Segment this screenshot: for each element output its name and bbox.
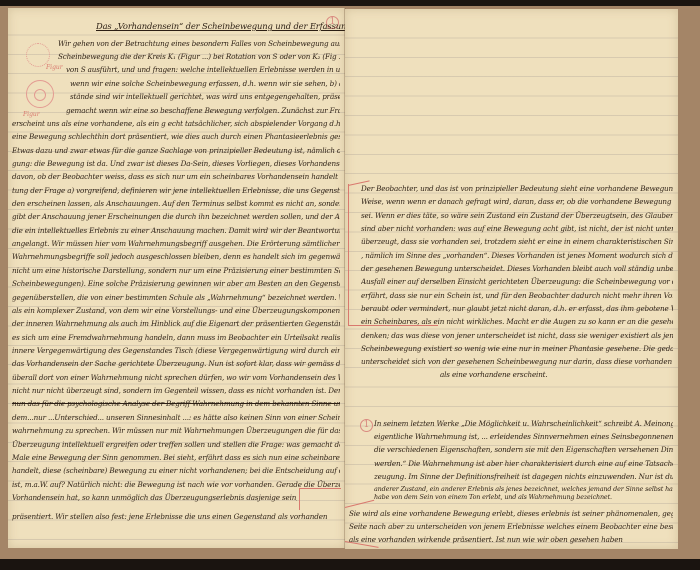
right-manuscript-page: Der Beobachter, und das ist von prinzipi… [345, 9, 678, 549]
manuscript-line: Überzeugung intellektuell ergreifen oder… [12, 440, 340, 450]
manuscript-line: Scheinbewegung existiert so wenig wie ei… [361, 344, 673, 354]
footnote-line: die verschiedenen Eigenschaften, sondern… [374, 445, 673, 455]
manuscript-line: ein Scheinbares, als ein nicht wirkliche… [361, 317, 673, 327]
manuscript-line: es sich um eine Fremdwahrnehmung handeln… [12, 333, 340, 343]
manuscript-line: sind aber nicht vorhanden: was auf eine … [361, 224, 673, 234]
footnote-line: In seinem letzten Werke „Die Möglichkeit… [374, 419, 673, 429]
manuscript-line: davon, ob der Beobachter weiss, dass es … [12, 172, 340, 182]
manuscript-line: beraubt oder vermindert, nur glaubt jetz… [361, 304, 673, 314]
footnote-line: habe von dem Sein von einem Ton erlebt, … [374, 493, 673, 501]
margin-note-figure-1: Figur [46, 64, 63, 71]
manuscript-line: stände sind wir intellektuell gerichtet,… [70, 92, 340, 102]
red-margin-box-top [299, 488, 341, 489]
manuscript-line: Vorhandensein hat, so kann unmöglich das… [12, 493, 297, 503]
manuscript-line: , nämlich im Sinne des „vorhanden“. Dies… [361, 251, 673, 261]
manuscript-line: tung der Frage a) vorgreifend, definiere… [12, 186, 340, 196]
margin-note-figure-2: Figur [23, 111, 40, 118]
manuscript-line: Etwas dazu und zwar etwas für die ganze … [12, 146, 340, 156]
manuscript-line: gemacht wenn wir eine so beschaffene Bew… [66, 106, 340, 116]
left-manuscript-page: 1 Figur Figur Das „Vorhandensein“ der Sc… [8, 8, 345, 548]
manuscript-line: dem...nur ...Unterschied... unseren Sinn… [12, 413, 340, 423]
manuscript-line: als ein komplexer Zustand, von dem wir e… [12, 306, 340, 316]
red-paragraph-mark-top [345, 500, 374, 508]
manuscript-line: Sie wird als eine vorhandene Bewegung er… [349, 509, 673, 519]
manuscript-line: handelt, diese (scheinbare) Bewegung zu … [12, 466, 340, 476]
manuscript-line: präsentiert. Wir stellen also fest: jene… [12, 512, 340, 522]
footnote-line: eigentliche Wahrnehmung ist, ... erleide… [374, 432, 673, 442]
red-margin-box-left [299, 488, 300, 510]
manuscript-line: überzeugt, dass sie vorhanden sei, trotz… [361, 237, 673, 247]
manuscript-line: der gesehenen Bewegung unterscheidet. Di… [361, 264, 673, 274]
manuscript-line: wahrnehmung zu sprechen. Wir müssen nur … [12, 426, 340, 436]
manuscript-line: der inneren Wahrnehmung als auch im Hinb… [12, 319, 340, 329]
manuscript-line: Scheinbewegung die der Kreis K₁ (Figur .… [58, 52, 340, 62]
footnote-line: anderer Zustand, ein anderer Erlebnis al… [374, 485, 673, 493]
manuscript-line: von S ausführt, und und fragen: welche i… [66, 65, 340, 75]
manuscript-line: Wahrnehmungsbegriffe soll jedoch ausgesc… [12, 252, 340, 262]
manuscript-line: Male eine Bewegung der Sinn genommen. Be… [12, 453, 340, 463]
manuscript-line: den erscheinen lassen, als Anschauungen.… [12, 199, 340, 209]
manuscript-line: Wir gehen von der Betrachtung eines beso… [58, 39, 340, 49]
manuscript-line: nicht um eine historische Darstellung, s… [12, 266, 340, 276]
manuscript-line: Seite nach aber zu unterscheiden von jen… [349, 522, 673, 532]
manuscript-line: erfährt, dass sie nur ein Schein ist, un… [361, 291, 673, 301]
manuscript-line: Weise, wenn wenn er danach gefragt wird,… [361, 197, 673, 207]
manuscript-line: gegenüberstellen, die von einer bestimmt… [12, 293, 340, 303]
manuscript-line: nicht nur nicht überzeugt sind, sondern … [12, 386, 340, 396]
manuscript-line: Der Beobachter, und das ist von prinzipi… [361, 184, 673, 194]
manuscript-line: als eine vorhandene erscheint. [440, 370, 640, 380]
manuscript-line: das Vorhandensein der Sache gerichtete Ü… [12, 359, 340, 369]
manuscript-line: gibt der Anschauung jener Erscheinungen … [12, 212, 340, 222]
manuscript-line: innere Vergegenwärtigung des Gegenstande… [12, 346, 340, 356]
manuscript-line: erscheint uns als eine vorhandene, als e… [12, 119, 340, 129]
manuscript-line: wenn wir eine solche Scheinbewegung erfa… [70, 79, 340, 89]
manuscript-line: die ein intellektuelles Erlebnis zu eine… [12, 226, 340, 236]
manuscript-line: ist, m.a.W. auf? Natürlich nicht: die Be… [12, 480, 340, 490]
manuscript-line: gung: die Bewegung ist da. Und zwar ist … [12, 159, 340, 169]
footnote-line: werden.“ Die Wahrnehmung ist aber hier c… [374, 459, 673, 469]
manuscript-line: Ausfall einer auf derselben Einsicht ger… [361, 277, 673, 287]
footnote-line: zeugung. Im Sinne der Definitionsfreihei… [374, 472, 673, 482]
figure-sketch-inner-circle [34, 89, 46, 101]
manuscript-line: unterscheidet sich von der gesehenen Sch… [361, 357, 673, 367]
manuscript-line: eine Bewegung schlechthin dort präsentie… [12, 132, 340, 142]
manuscript-line: sei. Wenn er dies täte, so wäre sein Zus… [361, 211, 673, 221]
manuscript-line: denken; das was diese von jener untersch… [361, 331, 673, 341]
manuscript-line-struck: nun das für die psychologische Analyse d… [12, 399, 340, 409]
manuscript-line: überall dort von einer Wahrnehmung nicht… [12, 373, 340, 383]
manuscript-line: angelangt. Wir müssen hier vom Wahrnehmu… [12, 239, 340, 249]
red-margin-bracket [348, 184, 349, 326]
footnote-marker: 1 [360, 419, 373, 432]
manuscript-line: Scheinbewegungen). Eine solche Präzisier… [12, 279, 340, 289]
manuscript-line: als eine vorhanden wirkende präsentiert.… [349, 535, 673, 545]
